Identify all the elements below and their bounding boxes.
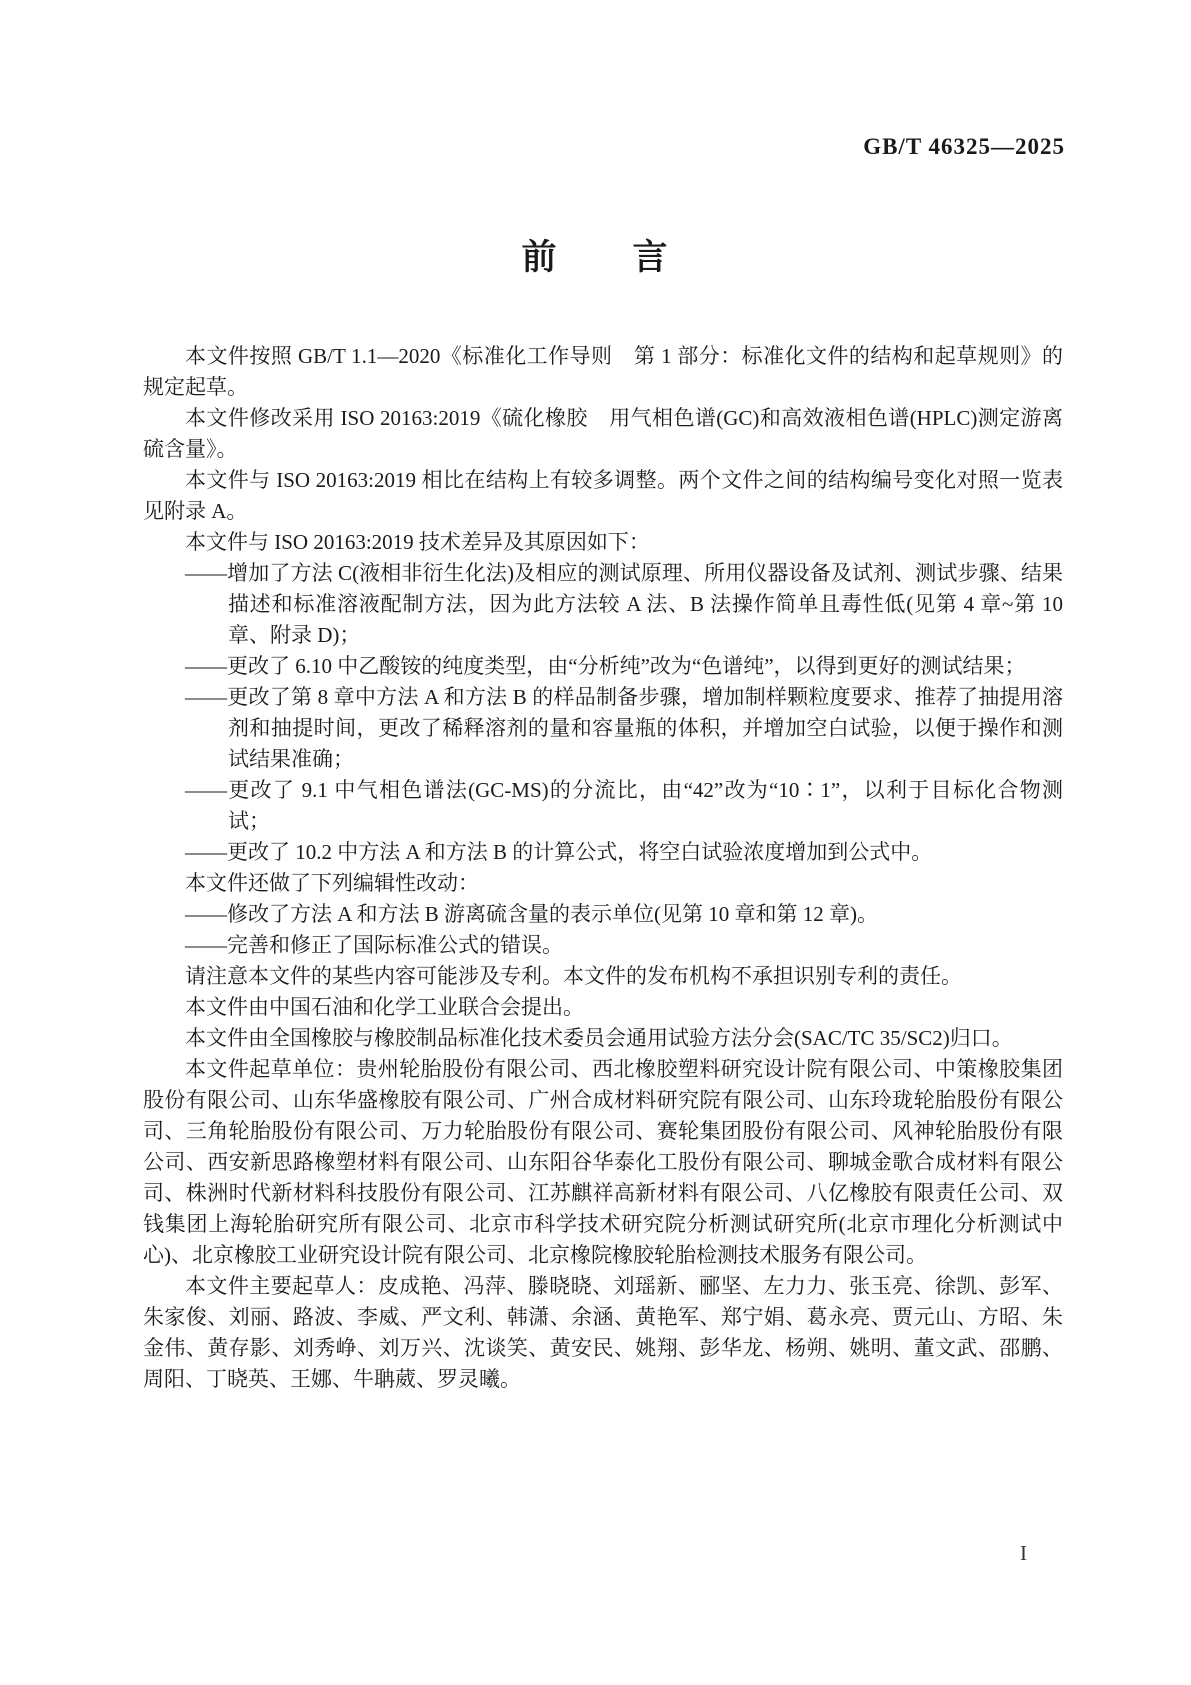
paragraph: 本文件主要起草人：皮成艳、冯萍、滕晓晓、刘瑶新、郦坚、左力力、张玉亮、徐凯、彭军…: [143, 1271, 1063, 1395]
paragraph: 本文件起草单位：贵州轮胎股份有限公司、西北橡胶塑料研究设计院有限公司、中策橡胶集…: [143, 1054, 1063, 1271]
paragraph: 本文件与 ISO 20163:2019 相比在结构上有较多调整。两个文件之间的结…: [143, 465, 1063, 527]
list-item: ——更改了第 8 章中方法 A 和方法 B 的样品制备步骤，增加制样颗粒度要求、…: [143, 682, 1063, 775]
paragraph: 本文件修改采用 ISO 20163:2019《硫化橡胶 用气相色谱(GC)和高效…: [143, 403, 1063, 465]
list-item: ——完善和修正了国际标准公式的错误。: [143, 930, 1063, 961]
paragraph: 本文件由中国石油和化学工业联合会提出。: [143, 992, 1063, 1023]
page-number: I: [1020, 1541, 1027, 1566]
list-item: ——修改了方法 A 和方法 B 游离硫含量的表示单位(见第 10 章和第 12 …: [143, 899, 1063, 930]
list-item: ——更改了 9.1 中气相色谱法(GC-MS)的分流比，由“42”改为“10∶1…: [143, 775, 1063, 837]
document-page: GB/T 46325—2025 前 言 本文件按照 GB/T 1.1—2020《…: [0, 0, 1191, 1685]
paragraph: 本文件还做了下列编辑性改动：: [143, 868, 1063, 899]
paragraph: 请注意本文件的某些内容可能涉及专利。本文件的发布机构不承担识别专利的责任。: [143, 961, 1063, 992]
list-item: ——更改了 6.10 中乙酸铵的纯度类型，由“分析纯”改为“色谱纯”，以得到更好…: [143, 651, 1063, 682]
paragraph: 本文件按照 GB/T 1.1—2020《标准化工作导则 第 1 部分：标准化文件…: [143, 341, 1063, 403]
paragraph: 本文件由全国橡胶与橡胶制品标准化技术委员会通用试验方法分会(SAC/TC 35/…: [143, 1023, 1063, 1054]
standard-code: GB/T 46325—2025: [863, 134, 1065, 160]
page-title: 前 言: [0, 230, 1191, 280]
foreword-body: 本文件按照 GB/T 1.1—2020《标准化工作导则 第 1 部分：标准化文件…: [143, 341, 1063, 1395]
paragraph: 本文件与 ISO 20163:2019 技术差异及其原因如下：: [143, 527, 1063, 558]
list-item: ——更改了 10.2 中方法 A 和方法 B 的计算公式，将空白试验浓度增加到公…: [143, 837, 1063, 868]
list-item: ——增加了方法 C(液相非衍生化法)及相应的测试原理、所用仪器设备及试剂、测试步…: [143, 558, 1063, 651]
